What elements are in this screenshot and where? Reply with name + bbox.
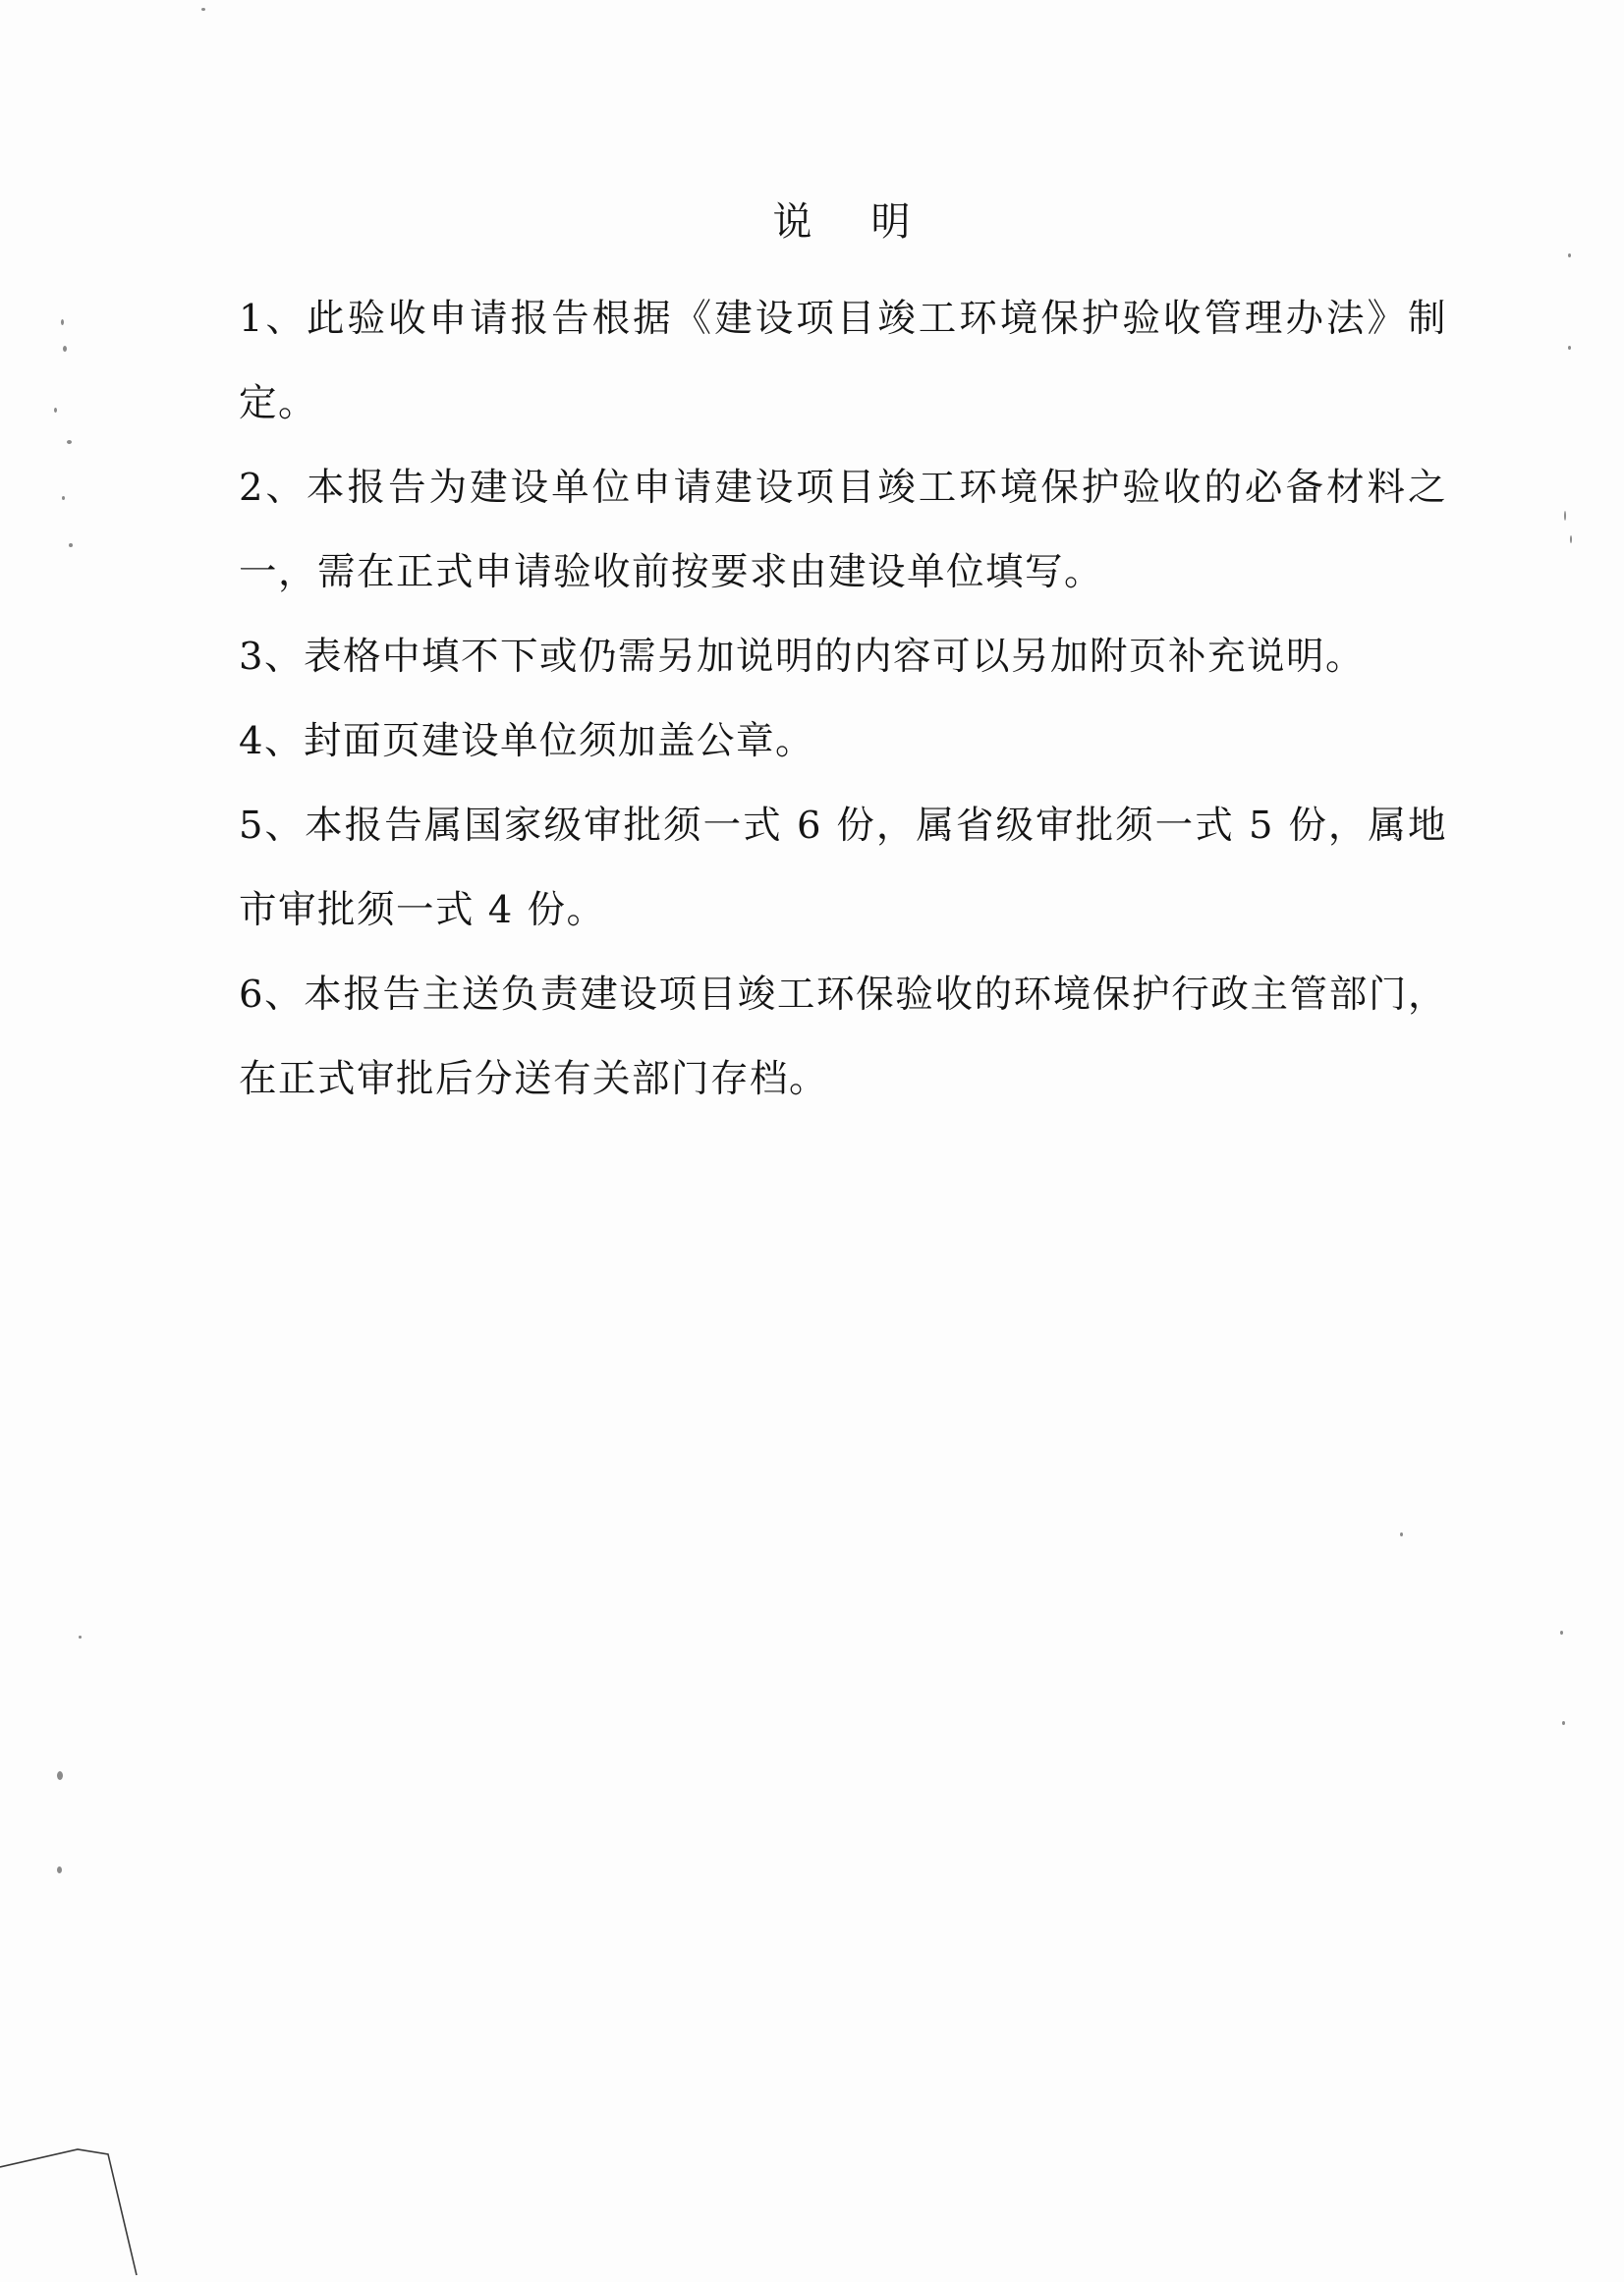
- instruction-item-3: 3、表格中填不下或仍需另加说明的内容可以另加附页补充说明。: [239, 615, 1447, 699]
- page-title: 说明: [29, 193, 1624, 251]
- instruction-item-6: 6、本报告主送负责建设项目竣工环保验收的环境保护行政主管部门，在正式审批后分送有…: [239, 953, 1447, 1122]
- scan-speck: [1568, 346, 1571, 350]
- instruction-item-1: 1、此验收申请报告根据《建设项目竣工环境保护验收管理办法》制定。: [239, 277, 1447, 446]
- page-fold-corner: [0, 0, 196, 2282]
- title-char-2: 明: [871, 193, 911, 251]
- scan-speck: [1400, 1532, 1403, 1536]
- instructions-list: 1、此验收申请报告根据《建设项目竣工环境保护验收管理办法》制定。 2、本报告为建…: [239, 277, 1447, 1122]
- scan-speck: [201, 8, 205, 11]
- title-char-1: 说: [773, 193, 812, 251]
- instruction-item-4: 4、封面页建设单位须加盖公章。: [239, 699, 1447, 784]
- instruction-item-5: 5、本报告属国家级审批须一式 6 份，属省级审批须一式 5 份，属地市审批须一式…: [239, 784, 1447, 953]
- scanned-page: 说明 1、此验收申请报告根据《建设项目竣工环境保护验收管理办法》制定。 2、本报…: [0, 0, 1624, 2282]
- scan-speck: [1560, 1631, 1563, 1635]
- instruction-item-2: 2、本报告为建设单位申请建设项目竣工环境保护验收的必备材料之一，需在正式申请验收…: [239, 446, 1447, 615]
- scan-speck: [1570, 535, 1572, 543]
- scan-speck: [1564, 511, 1566, 521]
- scan-speck: [1568, 253, 1571, 257]
- scan-speck: [1562, 1721, 1565, 1725]
